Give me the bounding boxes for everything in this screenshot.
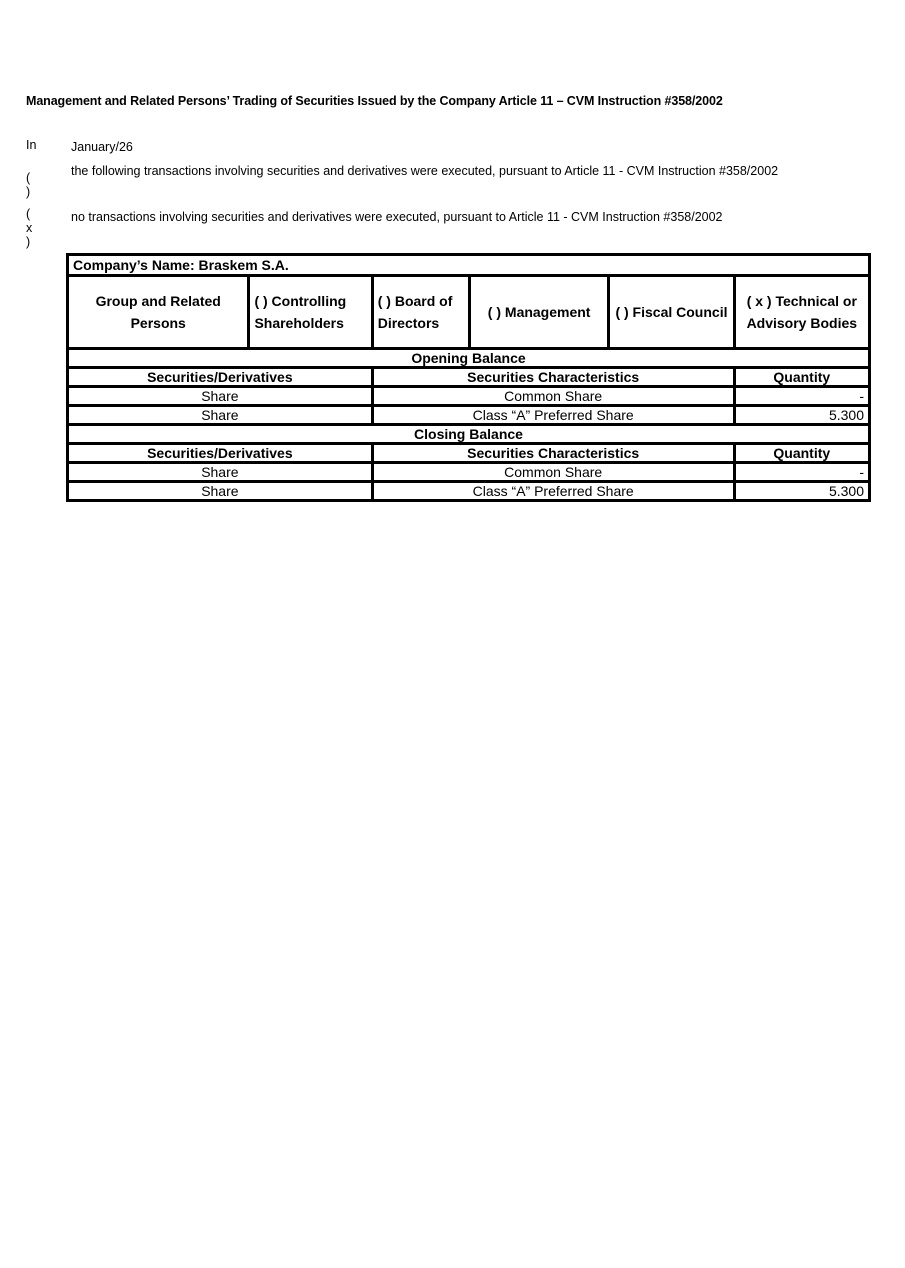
category-management: ( ) Management bbox=[469, 276, 608, 349]
option-not-executed-checkbox: ( x ) bbox=[26, 207, 32, 249]
security-cell: Share bbox=[68, 387, 373, 406]
table-row: Share Class “A” Preferred Share 5.300 bbox=[68, 406, 870, 425]
document-title: Management and Related Persons’ Trading … bbox=[26, 94, 723, 108]
quantity-cell: - bbox=[734, 463, 869, 482]
category-fiscal-council: ( ) Fiscal Council bbox=[609, 276, 734, 349]
closing-balance-heading-row: Closing Balance bbox=[68, 425, 870, 444]
option-executed-checkbox: ( ) bbox=[26, 171, 30, 199]
period-label: In bbox=[26, 138, 36, 152]
characteristics-cell: Common Share bbox=[372, 463, 734, 482]
table-row: Share Class “A” Preferred Share 5.300 bbox=[68, 482, 870, 501]
table-row: Share Common Share - bbox=[68, 387, 870, 406]
security-cell: Share bbox=[68, 463, 373, 482]
category-row: Group and Related Persons ( ) Controllin… bbox=[68, 276, 870, 349]
category-board-of-directors: ( ) Board of Directors bbox=[372, 276, 469, 349]
option-executed-text: the following transactions involving sec… bbox=[71, 161, 831, 181]
opening-balance-heading: Opening Balance bbox=[68, 349, 870, 368]
company-name-row: Company’s Name: Braskem S.A. bbox=[68, 255, 870, 276]
column-header-quantity: Quantity bbox=[734, 444, 869, 463]
closing-balance-heading: Closing Balance bbox=[68, 425, 870, 444]
column-header-characteristics: Securities Characteristics bbox=[372, 444, 734, 463]
closing-column-header-row: Securities/Derivatives Securities Charac… bbox=[68, 444, 870, 463]
table-row: Share Common Share - bbox=[68, 463, 870, 482]
category-controlling-shareholders: ( ) Controlling Shareholders bbox=[249, 276, 372, 349]
column-header-quantity: Quantity bbox=[734, 368, 869, 387]
characteristics-cell: Class “A” Preferred Share bbox=[372, 482, 734, 501]
characteristics-cell: Class “A” Preferred Share bbox=[372, 406, 734, 425]
opening-column-header-row: Securities/Derivatives Securities Charac… bbox=[68, 368, 870, 387]
column-header-securities: Securities/Derivatives bbox=[68, 368, 373, 387]
security-cell: Share bbox=[68, 482, 373, 501]
characteristics-cell: Common Share bbox=[372, 387, 734, 406]
company-name: Company’s Name: Braskem S.A. bbox=[68, 255, 870, 276]
security-cell: Share bbox=[68, 406, 373, 425]
opening-balance-heading-row: Opening Balance bbox=[68, 349, 870, 368]
quantity-cell: - bbox=[734, 387, 869, 406]
category-group: Group and Related Persons bbox=[68, 276, 249, 349]
quantity-cell: 5.300 bbox=[734, 406, 869, 425]
quantity-cell: 5.300 bbox=[734, 482, 869, 501]
column-header-characteristics: Securities Characteristics bbox=[372, 368, 734, 387]
column-header-securities: Securities/Derivatives bbox=[68, 444, 373, 463]
securities-table: Company’s Name: Braskem S.A. Group and R… bbox=[66, 253, 871, 502]
period-value: January/26 bbox=[71, 137, 831, 157]
category-technical-advisory-bodies: ( x ) Technical or Advisory Bodies bbox=[734, 276, 869, 349]
option-not-executed-text: no transactions involving securities and… bbox=[71, 207, 831, 227]
